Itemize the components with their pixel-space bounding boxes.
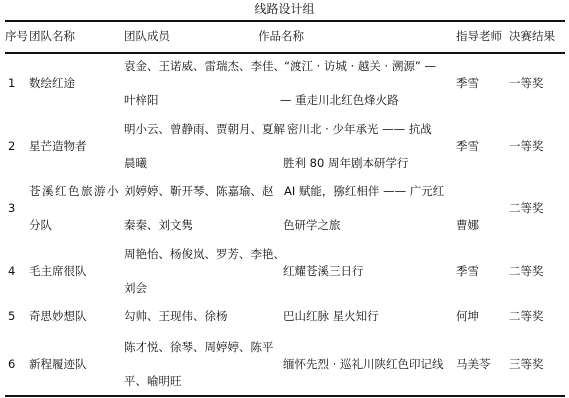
row-work: 巴山红脉 星火知行 bbox=[283, 309, 379, 323]
row-advisor: 何坤 bbox=[456, 309, 479, 323]
header-work: 作品名称 bbox=[258, 29, 304, 43]
row-work: 密川北 · 少年承光 —— 抗战 bbox=[287, 122, 432, 136]
row-no: 2 bbox=[8, 139, 15, 153]
row-members: 刘婷婷、靳开琴、陈嘉瑜、赵 bbox=[124, 184, 274, 198]
row-no: 1 bbox=[8, 76, 15, 90]
row-result: 二等奖 bbox=[509, 309, 544, 323]
row-no: 4 bbox=[8, 264, 15, 278]
table-title: 线路设计组 bbox=[0, 2, 569, 16]
row-work: — 重走川北红色烽火路 bbox=[280, 93, 399, 107]
row-advisor: 季雪 bbox=[456, 139, 479, 153]
row-work: 红耀苍溪三日行 bbox=[283, 264, 364, 278]
header-no: 序号 bbox=[5, 29, 28, 43]
row-advisor: 曹娜 bbox=[456, 218, 479, 232]
row-members: 叶梓阳 bbox=[124, 93, 159, 107]
header-result: 决赛结果 bbox=[509, 29, 555, 43]
row-result: 三等奖 bbox=[509, 357, 544, 371]
row-members: 秦秦、刘文隽 bbox=[124, 218, 193, 232]
row-team: 数绘红途 bbox=[29, 76, 75, 90]
row-members: 平、喻明旺 bbox=[124, 374, 182, 388]
row-result: 一等奖 bbox=[509, 76, 544, 90]
row-members: 勾帅、王现伟、徐杨 bbox=[124, 309, 228, 323]
row-result: 二等奖 bbox=[509, 201, 544, 215]
row-members: 刘会 bbox=[124, 281, 147, 295]
row-members: 周艳怡、杨俊岚、罗芳、李艳、 bbox=[124, 247, 285, 261]
bottom-rule bbox=[5, 395, 565, 397]
row-result: 二等奖 bbox=[509, 264, 544, 278]
row-no: 6 bbox=[8, 357, 15, 371]
row-work: 色研学之旅 bbox=[283, 218, 341, 232]
row-team: 新程履迹队 bbox=[29, 357, 87, 371]
header-team: 团队名称 bbox=[29, 29, 75, 43]
row-members: 袁金、王诺威、雷瑞杰、李佳、 bbox=[124, 59, 285, 73]
header-members: 团队成员 bbox=[124, 29, 170, 43]
row-work: 胜利 80 周年剧本研学行 bbox=[283, 156, 408, 170]
row-result: 一等奖 bbox=[509, 139, 544, 153]
row-advisor: 马美苓 bbox=[456, 357, 491, 371]
row-members: 晨曦 bbox=[124, 156, 147, 170]
row-team: 星芒造物者 bbox=[29, 139, 87, 153]
row-advisor: 季雪 bbox=[456, 76, 479, 90]
row-team: 奇思妙想队 bbox=[29, 309, 87, 323]
row-team: 毛主席很队 bbox=[29, 264, 87, 278]
row-work: “渡江 · 访城 · 越关 · 溯源” — bbox=[284, 59, 436, 73]
header-advisor: 指导老师 bbox=[456, 29, 502, 43]
top-rule bbox=[5, 20, 565, 22]
row-team: 分队 bbox=[29, 218, 52, 232]
row-no: 3 bbox=[8, 201, 15, 215]
row-no: 5 bbox=[8, 309, 15, 323]
row-advisor: 季雪 bbox=[456, 264, 479, 278]
row-work: 缅怀先烈 · 巡礼川陕红色印记线 bbox=[283, 357, 443, 371]
row-members: 陈才悦、徐琴、周婷婷、陈平 bbox=[124, 340, 274, 354]
row-team: 苍溪红色旅游小 bbox=[29, 184, 120, 198]
row-members: 明小云、曾静雨、贾朝月、夏解 bbox=[124, 122, 285, 136]
row-work: AI 赋能，猕红相伴 —— 广元红 bbox=[284, 184, 444, 198]
header-rule bbox=[5, 52, 565, 54]
